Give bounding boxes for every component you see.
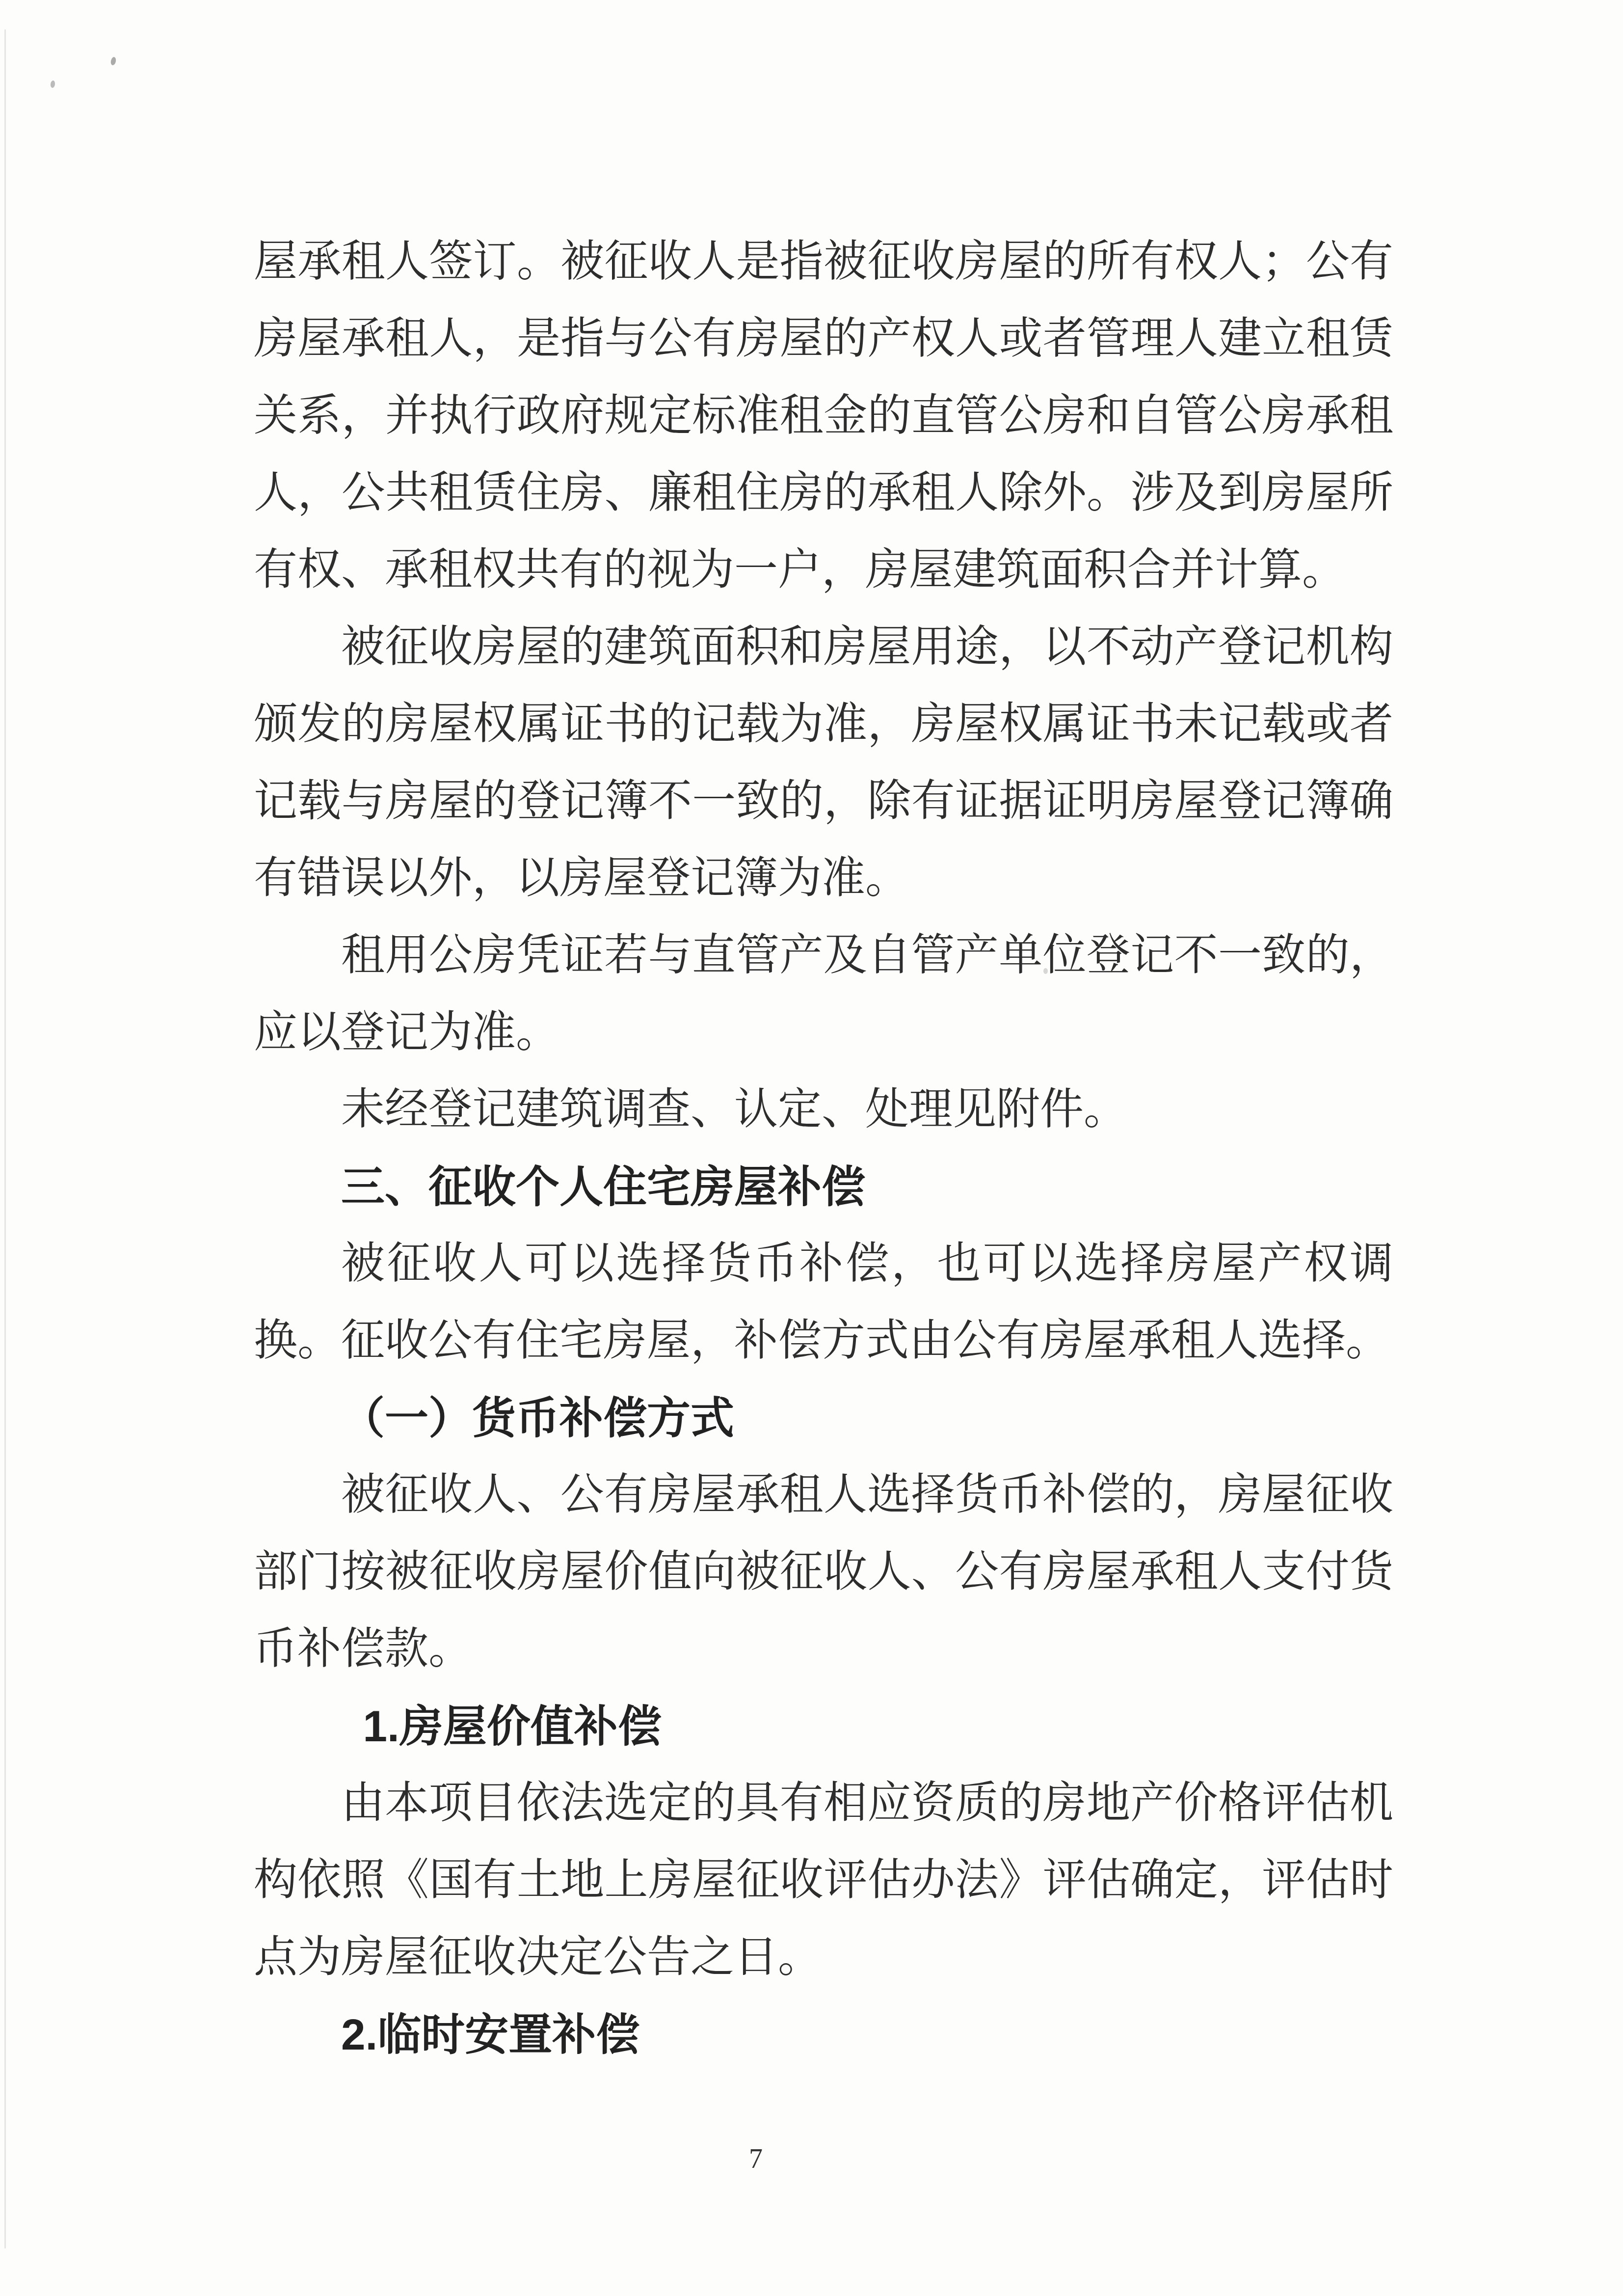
scan-speck: [50, 80, 55, 88]
paragraph-monetary-payment: 被征收人、公有房屋承租人选择货币补偿的，房屋征收部门按被征收房屋价值向被征收人、…: [254, 1457, 1393, 1688]
numbered-heading-2-temporary-resettlement: 2.临时安置补偿: [254, 1996, 1393, 2073]
page-number: 7: [729, 2144, 783, 2174]
numbered-heading-1-house-value-compensation: 1.房屋价值补偿: [254, 1688, 1393, 1765]
scan-edge-artifact: [4, 29, 6, 2248]
subsection-heading-1-monetary-compensation: （一）货币补偿方式: [254, 1379, 1393, 1457]
scanned-document-page: 屋承租人签订。被征收人是指被征收房屋的所有权人；公有房屋承租人，是指与公有房屋的…: [0, 0, 1623, 2296]
paragraph-unregistered-buildings: 未经登记建筑调查、认定、处理见附件。: [254, 1071, 1393, 1148]
paragraph-appraisal-method: 由本项目依法选定的具有相应资质的房地产价格评估机构依照《国有土地上房屋征收评估办…: [254, 1765, 1393, 1996]
document-body: 屋承租人签订。被征收人是指被征收房屋的所有权人；公有房屋承租人，是指与公有房屋的…: [254, 223, 1393, 2073]
paragraph-building-area-registration: 被征收房屋的建筑面积和房屋用途，以不动产登记机构颁发的房屋权属证书的记载为准，房…: [254, 609, 1393, 917]
paragraph-continued-from-previous-page: 屋承租人签订。被征收人是指被征收房屋的所有权人；公有房屋承租人，是指与公有房屋的…: [254, 223, 1393, 609]
scan-speck: [110, 56, 116, 66]
paragraph-compensation-choice: 被征收人可以选择货币补偿，也可以选择房屋产权调换。征收公有住宅房屋，补偿方式由公…: [254, 1225, 1393, 1379]
paragraph-public-housing-certificate: 租用公房凭证若与直管产及自管产单位登记不一致的，应以登记为准。: [254, 917, 1393, 1071]
section-heading-3-residential-compensation: 三、征收个人住宅房屋补偿: [254, 1148, 1393, 1225]
